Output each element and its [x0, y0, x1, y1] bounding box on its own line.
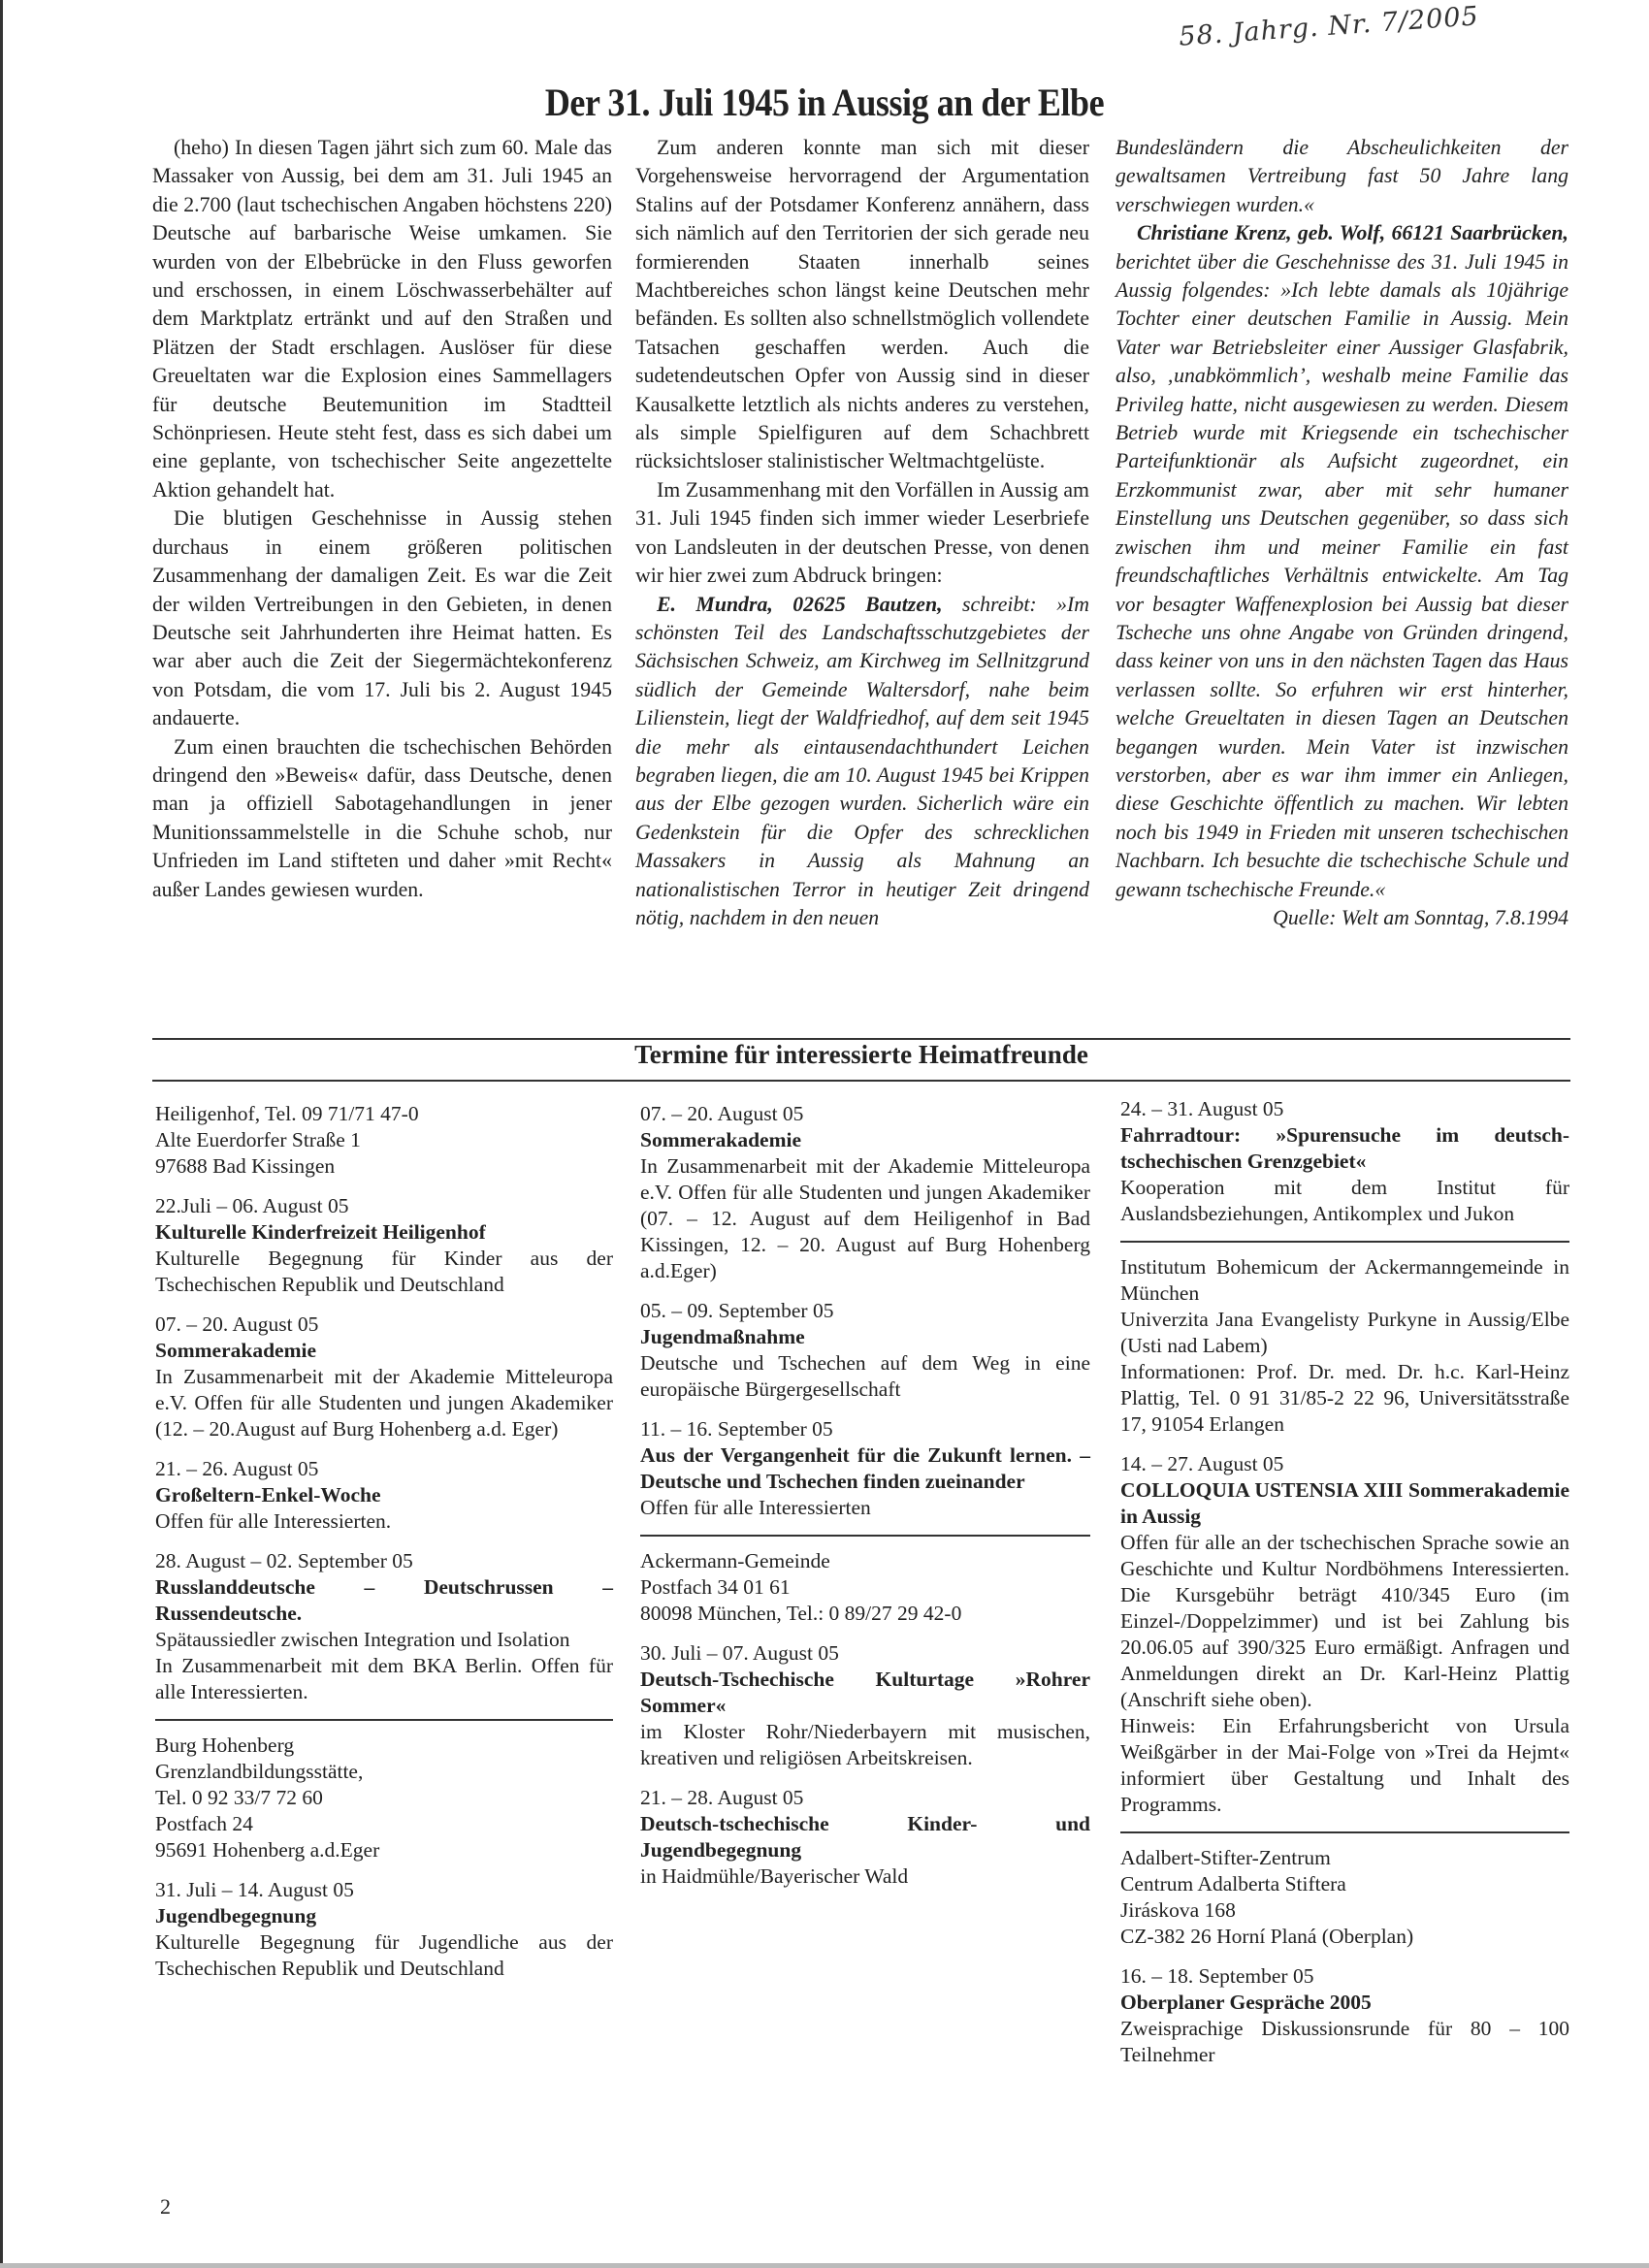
event-description: In Zusammenarbeit mit dem BKA Berlin. Of…	[155, 1653, 613, 1705]
address-line: Ackermann-Gemeinde	[640, 1548, 1090, 1574]
event-description: Offen für alle Interessierten.	[155, 1508, 613, 1535]
article-source: Quelle: Welt am Sonntag, 7.8.1994	[1115, 904, 1568, 932]
address-line: Postfach 34 01 61	[640, 1574, 1090, 1601]
scan-edge	[0, 0, 3, 2268]
event-date: 21. – 26. August 05	[155, 1456, 613, 1482]
event-title: Jugendmaßnahme	[640, 1324, 1090, 1350]
event-title: Großeltern-Enkel-Woche	[155, 1482, 613, 1508]
event-date: 21. – 28. August 05	[640, 1785, 1090, 1811]
divider	[155, 1719, 613, 1721]
paragraph: Zum anderen konnte man sich mit dieser V…	[635, 134, 1089, 476]
event-description: Spätaussiedler zwischen Integration und …	[155, 1627, 613, 1653]
event-title: Jugendbegegnung	[155, 1903, 613, 1929]
event-date: 31. Juli – 14. August 05	[155, 1877, 613, 1903]
event-entry: 21. – 26. August 05Großeltern-Enkel-Woch…	[155, 1456, 613, 1535]
address-line: Grenzlandbildungsstätte,	[155, 1759, 613, 1785]
organizer-address: Burg HohenbergGrenzlandbildungsstätte,Te…	[155, 1733, 613, 1863]
article-column-1: (heho) In diesen Tagen jährt sich zum 60…	[152, 134, 612, 904]
organizer-address: Institutum Bohemicum der Ackermanngemein…	[1120, 1254, 1569, 1438]
event-date: 05. – 09. September 05	[640, 1298, 1090, 1324]
event-description: Kulturelle Begegnung für Kinder aus der …	[155, 1246, 613, 1298]
event-date: 16. – 18. September 05	[1120, 1963, 1569, 1990]
event-date: 07. – 20. August 05	[155, 1312, 613, 1338]
letter-1-text: schreibt: »Im schönsten Teil des Landsch…	[635, 593, 1089, 929]
event-title: Sommerakademie	[155, 1338, 613, 1364]
organizer-address: Ackermann-GemeindePostfach 34 01 6180098…	[640, 1548, 1090, 1627]
event-date: 28. August – 02. September 05	[155, 1548, 613, 1574]
event-description: Offen für alle Interessierten	[640, 1495, 1090, 1521]
event-date: 24. – 31. August 05	[1120, 1096, 1569, 1122]
address-line: Burg Hohenberg	[155, 1733, 613, 1759]
event-date: 30. Juli – 07. August 05	[640, 1640, 1090, 1667]
event-title: Deutsch-tschechische Kinder- und Jugendb…	[640, 1811, 1090, 1863]
organizer-address: Heiligenhof, Tel. 09 71/71 47-0Alte Euer…	[155, 1101, 613, 1180]
address-line: Adalbert-Stifter-Zentrum	[1120, 1845, 1569, 1871]
event-title: Oberplaner Gespräche 2005	[1120, 1990, 1569, 2016]
event-title: Fahrradtour: »Spurensuche im deutsch-tsc…	[1120, 1122, 1569, 1175]
section-divider-bottom	[152, 1080, 1570, 1082]
letter-2-text: berichtet über die Geschehnisse des 31. …	[1115, 250, 1568, 901]
article-column-3: Bundesländern die Abscheulichkeiten der …	[1115, 134, 1568, 932]
address-line: Jiráskova 168	[1120, 1897, 1569, 1924]
article-title: Der 31. Juli 1945 in Aussig an der Elbe	[82, 80, 1567, 125]
address-line: Alte Euerdorfer Straße 1	[155, 1127, 613, 1153]
event-title: Aus der Vergangenheit für die Zukunft le…	[640, 1442, 1090, 1495]
address-line: Postfach 24	[155, 1811, 613, 1837]
event-description: Kooperation mit dem Institut für Ausland…	[1120, 1175, 1569, 1227]
address-line: Heiligenhof, Tel. 09 71/71 47-0	[155, 1101, 613, 1127]
event-description: Zweisprachige Diskussionsrunde für 80 – …	[1120, 2016, 1569, 2068]
address-line: Institutum Bohemicum der Ackermanngemein…	[1120, 1254, 1569, 1307]
page-number: 2	[160, 2194, 171, 2219]
events-column-1: Heiligenhof, Tel. 09 71/71 47-0Alte Euer…	[155, 1101, 613, 1995]
event-entry: 21. – 28. August 05Deutsch-tschechische …	[640, 1785, 1090, 1890]
event-title: Sommerakademie	[640, 1127, 1090, 1153]
letter-2: Christiane Krenz, geb. Wolf, 66121 Saarb…	[1115, 219, 1568, 904]
event-description: Kulturelle Begegnung für Jugendliche aus…	[155, 1929, 613, 1982]
event-entry: 07. – 20. August 05SommerakademieIn Zusa…	[640, 1101, 1090, 1284]
letter-1: E. Mundra, 02625 Bautzen, schreibt: »Im …	[635, 591, 1089, 933]
article-column-2: Zum anderen konnte man sich mit dieser V…	[635, 134, 1089, 932]
event-date: 22.Juli – 06. August 05	[155, 1193, 613, 1219]
letter-1-continuation: Bundesländern die Abscheulichkeiten der …	[1115, 134, 1568, 219]
letter-2-author: Christiane Krenz, geb. Wolf, 66121 Saarb…	[1137, 221, 1568, 244]
event-entry: 28. August – 02. September 05Russlanddeu…	[155, 1548, 613, 1705]
events-column-2: 07. – 20. August 05SommerakademieIn Zusa…	[640, 1101, 1090, 1903]
event-date: 07. – 20. August 05	[640, 1101, 1090, 1127]
event-entry: 05. – 09. September 05JugendmaßnahmeDeut…	[640, 1298, 1090, 1403]
event-description: In Zusammenarbeit mit der Akademie Mitte…	[640, 1153, 1090, 1284]
event-title: Deutsch-Tschechische Kulturtage »Rohrer …	[640, 1667, 1090, 1719]
paragraph: (heho) In diesen Tagen jährt sich zum 60…	[152, 134, 612, 504]
event-description: In Zusammenarbeit mit der Akademie Mitte…	[155, 1364, 613, 1442]
events-heading: Termine für interessierte Heimatfreunde	[152, 1040, 1570, 1070]
event-entry: 22.Juli – 06. August 05Kulturelle Kinder…	[155, 1193, 613, 1298]
address-line: Univerzita Jana Evangelisty Purkyne in A…	[1120, 1307, 1569, 1359]
event-title: Kulturelle Kinderfreizeit Heiligenhof	[155, 1219, 613, 1246]
event-date: 11. – 16. September 05	[640, 1416, 1090, 1442]
paragraph: Die blutigen Geschehnisse in Aussig steh…	[152, 504, 612, 732]
address-line: Tel. 0 92 33/7 72 60	[155, 1785, 613, 1811]
event-entry: 14. – 27. August 05COLLOQUIA USTENSIA XI…	[1120, 1451, 1569, 1818]
event-description: in Haidmühle/Bayerischer Wald	[640, 1863, 1090, 1890]
event-entry: 16. – 18. September 05Oberplaner Gespräc…	[1120, 1963, 1569, 2068]
event-title: Russlanddeutsche – Deutschrussen – Russe…	[155, 1574, 613, 1627]
event-description: Deutsche und Tschechen auf dem Weg in ei…	[640, 1350, 1090, 1403]
event-entry: 31. Juli – 14. August 05JugendbegegnungK…	[155, 1877, 613, 1982]
organizer-address: Adalbert-Stifter-ZentrumCentrum Adalbert…	[1120, 1845, 1569, 1950]
address-line: Informationen: Prof. Dr. med. Dr. h.c. K…	[1120, 1359, 1569, 1438]
event-description: Offen für alle an der tschechischen Spra…	[1120, 1530, 1569, 1713]
letter-1-author: E. Mundra, 02625 Bautzen,	[657, 593, 943, 616]
paragraph: Im Zusammenhang mit den Vorfällen in Aus…	[635, 476, 1089, 591]
events-column-3: 24. – 31. August 05Fahrradtour: »Spurens…	[1120, 1096, 1569, 2082]
event-description: im Kloster Rohr/Niederbayern mit musisch…	[640, 1719, 1090, 1771]
address-line: CZ-382 26 Horní Planá (Oberplan)	[1120, 1924, 1569, 1950]
event-title: COLLOQUIA USTENSIA XIII Sommerakademie i…	[1120, 1477, 1569, 1530]
divider	[1120, 1831, 1569, 1833]
divider	[1120, 1241, 1569, 1243]
address-line: 97688 Bad Kissingen	[155, 1153, 613, 1180]
handwritten-issue-note: 58. Jahrg. Nr. 7/2005	[1178, 1, 1479, 52]
event-entry: 24. – 31. August 05Fahrradtour: »Spurens…	[1120, 1096, 1569, 1227]
paragraph: Zum einen brauchten die tschechischen Be…	[152, 733, 612, 904]
event-entry: 30. Juli – 07. August 05Deutsch-Tschechi…	[640, 1640, 1090, 1771]
address-line: 95691 Hohenberg a.d.Eger	[155, 1837, 613, 1863]
address-line: 80098 München, Tel.: 0 89/27 29 42-0	[640, 1601, 1090, 1627]
divider	[640, 1535, 1090, 1537]
scan-edge-bottom	[0, 2263, 1649, 2268]
event-description: Hinweis: Ein Erfahrungsbericht von Ursul…	[1120, 1713, 1569, 1818]
event-entry: 07. – 20. August 05SommerakademieIn Zusa…	[155, 1312, 613, 1442]
address-line: Centrum Adalberta Stiftera	[1120, 1871, 1569, 1897]
event-date: 14. – 27. August 05	[1120, 1451, 1569, 1477]
event-entry: 11. – 16. September 05Aus der Vergangenh…	[640, 1416, 1090, 1521]
